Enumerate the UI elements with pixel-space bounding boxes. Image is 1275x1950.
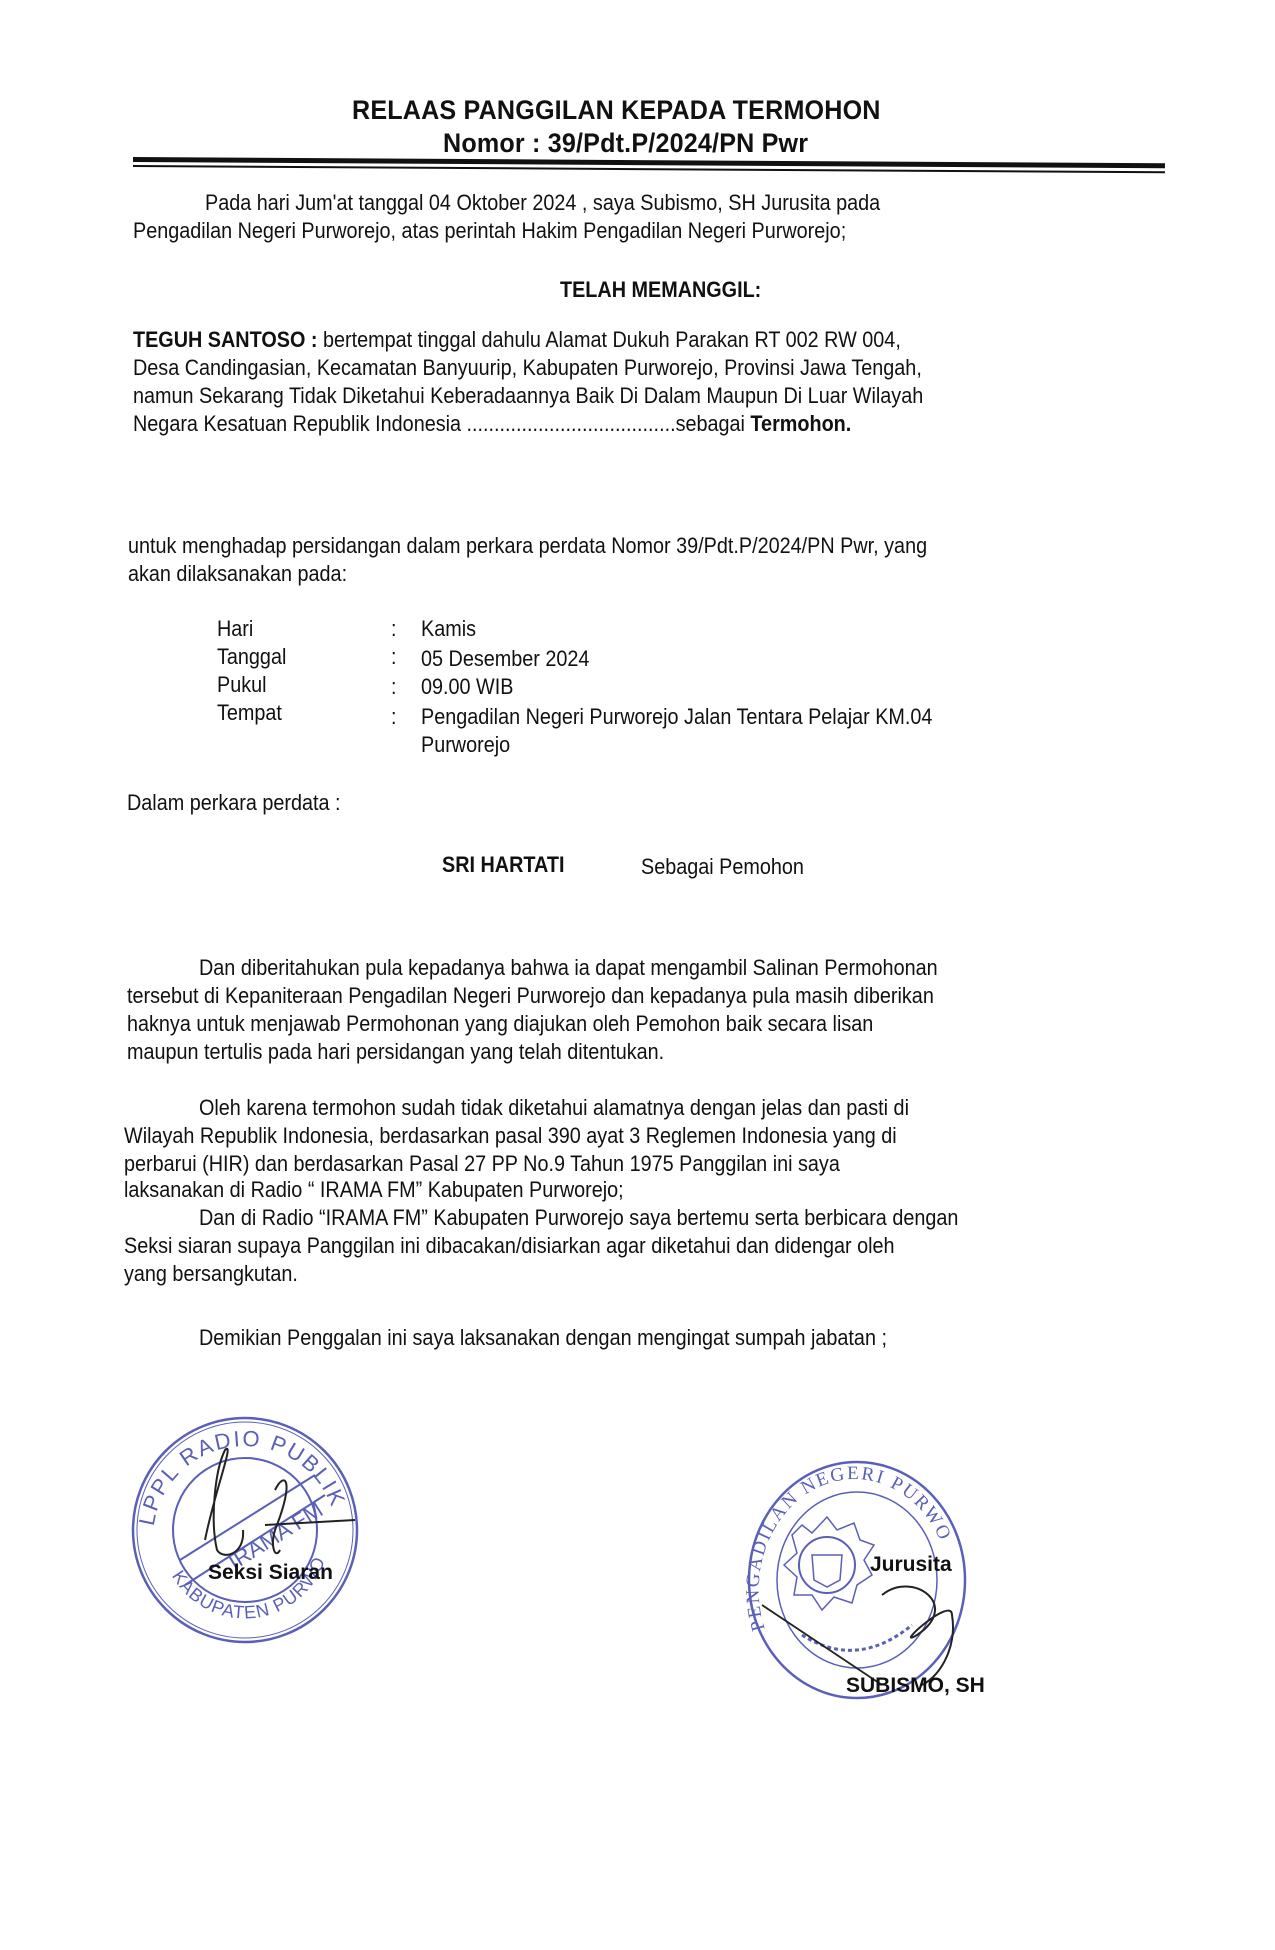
para3-line-2: Seksi siaran supaya Panggilan ini dibaca… — [124, 1233, 895, 1259]
schedule-sep: : — [391, 674, 397, 700]
termohon-line-3: namun Sekarang Tidak Diketahui Keberadaa… — [133, 383, 923, 409]
hearing-intro-2: akan dilaksanakan pada: — [128, 561, 347, 587]
schedule-value-tempat: Pengadilan Negeri Purworejo Jalan Tentar… — [421, 704, 932, 730]
summon-heading: TELAH MEMANGGIL: — [560, 277, 761, 303]
radio-stamp-icon: LPPL RADIO PUBLIK KABUPATEN PURWOREJO IR… — [125, 1410, 365, 1650]
para1-line-1: Dan diberitahukan pula kepadanya bahwa i… — [199, 955, 938, 981]
termohon-line-2: Desa Candingasian, Kecamatan Banyuurip, … — [133, 355, 922, 381]
para1-line-3: haknya untuk menjawab Permohonan yang di… — [127, 1011, 873, 1037]
schedule-label-pukul: Pukul — [217, 672, 267, 698]
termohon-colon: : — [305, 327, 323, 352]
schedule-label-tanggal: Tanggal — [217, 644, 286, 670]
para2-line-2: Wilayah Republik Indonesia, berdasarkan … — [124, 1123, 897, 1149]
case-number: Nomor : 39/Pdt.P/2024/PN Pwr — [443, 128, 808, 159]
pemohon-role: Sebagai Pemohon — [641, 854, 804, 880]
svg-text:PENGADILAN NEGERI PURWOREJO: PENGADILAN NEGERI PURWOREJO — [742, 1455, 956, 1633]
para2-line-4: laksanakan di Radio “ IRAMA FM” Kabupate… — [124, 1177, 624, 1203]
schedule-sep: : — [391, 704, 397, 730]
case-intro: Dalam perkara perdata : — [127, 790, 341, 816]
pemohon-name: SRI HARTATI — [442, 852, 564, 878]
termohon-role: Termohon. — [750, 411, 851, 436]
closing-statement: Demikian Penggalan ini saya laksanakan d… — [199, 1325, 887, 1351]
termohon-name: TEGUH SANTOSO — [133, 327, 305, 352]
hearing-intro-1: untuk menghadap persidangan dalam perkar… — [128, 533, 927, 559]
schedule-value-tanggal: 05 Desember 2024 — [421, 646, 589, 672]
termohon-line-1: TEGUH SANTOSO : bertempat tinggal dahulu… — [133, 327, 901, 353]
schedule-label-hari: Hari — [217, 616, 253, 642]
para1-line-2: tersebut di Kepaniteraan Pengadilan Nege… — [127, 983, 934, 1009]
schedule-label-tempat: Tempat — [217, 700, 282, 726]
para3-line-1: Dan di Radio “IRAMA FM” Kabupaten Purwor… — [199, 1205, 958, 1231]
schedule-value-pukul: 09.00 WIB — [421, 674, 513, 700]
schedule-value-tempat-2: Purworejo — [421, 732, 510, 758]
para2-line-1: Oleh karena termohon sudah tidak diketah… — [199, 1095, 909, 1121]
right-signatory-name: SUBISMO, SH — [846, 1674, 985, 1698]
schedule-value-hari: Kamis — [421, 616, 476, 642]
opening-line-2: Pengadilan Negeri Purworejo, atas perint… — [133, 218, 846, 244]
document-title: RELAAS PANGGILAN KEPADA TERMOHON — [352, 95, 881, 126]
para1-line-4: maupun tertulis pada hari persidangan ya… — [127, 1039, 664, 1065]
termohon-address-4: Negara Kesatuan Republik Indonesia .....… — [133, 411, 750, 436]
termohon-address-1: bertempat tinggal dahulu Alamat Dukuh Pa… — [323, 327, 901, 352]
para3-line-3: yang bersangkutan. — [124, 1261, 298, 1287]
schedule-sep: : — [391, 644, 397, 670]
right-signatory-role: Jurusita — [870, 1553, 952, 1577]
opening-line-1: Pada hari Jum'at tanggal 04 Oktober 2024… — [205, 190, 880, 216]
termohon-line-4: Negara Kesatuan Republik Indonesia .....… — [133, 411, 851, 437]
para2-line-3: perbarui (HIR) dan berdasarkan Pasal 27 … — [124, 1151, 840, 1177]
left-signatory-role: Seksi Siaran — [208, 1561, 333, 1585]
court-stamp-icon: PENGADILAN NEGERI PURWOREJO — [742, 1455, 972, 1705]
schedule-sep: : — [391, 616, 397, 642]
